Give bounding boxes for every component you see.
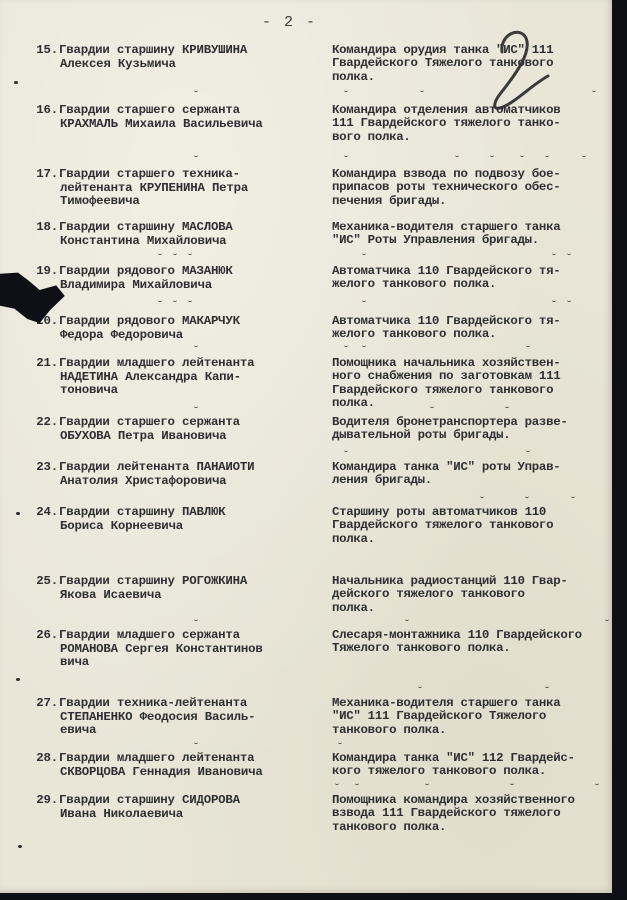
position-line: вого полка. [332,131,622,144]
recipient-position: Слесаря-монтажника 110 ГвардейскогоТяжел… [332,629,622,656]
name-line: СКВОРЦОВА Геннадия Ивановича [60,765,263,779]
entry-number: 26. [33,629,58,643]
recipient-position: Командира взвода по подвозу бое-припасов… [332,168,622,208]
recipient-position: Командира танка "ИС" 112 Гвардейс-кого т… [332,752,622,779]
recipient-name: 28.Гвардии младшего лейтенантаСКВОРЦОВА … [33,752,313,779]
name-line: Алексея Кузьмича [60,57,176,71]
name-line: евича [60,723,96,737]
name-line: Гвардии техника-лейтенанта [59,696,247,710]
position-line: полка. [332,533,622,546]
entry-number: 25. [33,575,58,589]
name-line: Гвардии младшего сержанта [59,628,240,642]
recipient-name: 19.Гвардии рядового МАЗАНЮКВладимира Мих… [33,265,313,292]
position-line: Слесаря-монтажника 110 Гвардейского [332,629,622,642]
name-line: Бориса Корнеевича [60,519,183,533]
entry-number: 18. [33,221,58,235]
position-line: желого танкового полка. [332,278,622,291]
name-line: Ивана Николаевича [60,807,183,821]
position-line: Автоматчика 110 Гвардейского тя- [332,315,622,328]
name-line: РОМАНОВА Сергея Константинов [60,642,263,656]
position-line: танкового полка. [332,821,622,834]
position-line: полка. [332,602,622,615]
position-line: танкового полка. [332,724,622,737]
name-line: Гвардии старшего техника- [59,167,240,181]
position-line: Начальника радиостанций 110 Гвар- [332,575,622,588]
name-line: Гвардии старшину МАСЛОВА [59,220,233,234]
name-line: Гвардии старшину ПАВЛЮК [59,505,225,519]
recipient-name: 20.Гвардии рядового МАКАРЧУКФедора Федор… [33,315,313,342]
entry-number: 23. [33,461,58,475]
recipient-position: Старшину роты автоматчиков 110Гвардейско… [332,506,622,546]
name-line: Гвардии старшего сержанта [59,415,240,429]
position-line: Командира орудия танка "ИС" 111 [332,44,622,57]
name-line: Гвардии рядового МАКАРЧУК [59,314,240,328]
position-line: Старшину роты автоматчиков 110 [332,506,622,519]
recipient-position: Механика-водителя старшего танка"ИС" 111… [332,697,622,737]
position-line: ного снабжения по заготовкам 111 [332,370,622,383]
position-line: ления бригады. [332,474,622,487]
entry-number: 17. [33,168,58,182]
position-line: Механика-водителя старшего танка [332,697,622,710]
page-number: - 2 - [262,14,317,31]
name-line: Якова Исаевича [60,588,161,602]
document-page: - 2 - 15.Гвардии старшину КРИВУШИНААлекс… [0,0,612,893]
name-line: НАДЕТИНА Александра Капи- [60,370,241,384]
position-line: Тяжелого танкового полка. [332,642,622,655]
position-line: полка. [332,71,622,84]
entry-number: 16. [33,104,58,118]
position-line: дейского тяжелого танкового [332,588,622,601]
recipient-position: Водителя бронетранспортера разве-дывател… [332,416,622,443]
recipient-position: Командира отделения автоматчиков111 Гвар… [332,104,622,144]
position-line: Командира танка "ИС" 112 Гвардейс- [332,752,622,765]
recipient-position: Командира орудия танка "ИС" 111Гвардейск… [332,44,622,84]
recipient-name: 21.Гвардии младшего лейтенантаНАДЕТИНА А… [33,357,313,398]
recipient-position: Автоматчика 110 Гвардейского тя-желого т… [332,265,622,292]
position-line: Гвардейского Тяжелого танкового [332,57,622,70]
position-line: желого танкового полка. [332,328,622,341]
entry-number: 19. [33,265,58,279]
recipient-position: Автоматчика 110 Гвардейского тя-желого т… [332,315,622,342]
position-line: Гвардейского тяжелого танкового [332,384,622,397]
entry-number: 15. [33,44,58,58]
recipient-name: 27.Гвардии техника-лейтенантаСТЕПАНЕНКО … [33,697,313,738]
recipient-position: Помощника начальника хозяйствен-ного сна… [332,357,622,411]
entry-number: 28. [33,752,58,766]
position-line: "ИС" Роты Управления бригады. [332,234,622,247]
position-line: кого тяжелого танкового полка. [332,765,622,778]
name-line: Гвардии старшину РОГОЖКИНА [59,574,247,588]
recipient-position: Командира танка "ИС" роты Управ-ления бр… [332,461,622,488]
name-line: СТЕПАНЕНКО Феодосия Василь- [60,710,255,724]
position-line: взвода 111 Гвардейского тяжелого [332,807,622,820]
name-line: Гвардии старшину СИДОРОВА [59,793,240,807]
position-line: 111 Гвардейского тяжелого танко- [332,117,622,130]
recipient-name: 29.Гвардии старшину СИДОРОВАИвана Никола… [33,794,313,821]
name-line: Гвардии младшего лейтенанта [59,751,254,765]
position-line: Командира отделения автоматчиков [332,104,622,117]
recipient-name: 25.Гвардии старшину РОГОЖКИНАЯкова Исаев… [33,575,313,602]
recipient-name: 15.Гвардии старшину КРИВУШИНААлексея Куз… [33,44,313,71]
name-line: ОБУХОВА Петра Ивановича [60,429,226,443]
position-line: "ИС" 111 Гвардейского Тяжелого [332,710,622,723]
name-line: тоновича [60,383,118,397]
position-line: дывательной роты бригады. [332,429,622,442]
recipient-position: Начальника радиостанций 110 Гвар-дейског… [332,575,622,615]
recipient-name: 18.Гвардии старшину МАСЛОВАКонстантина М… [33,221,313,248]
recipient-name: 16.Гвардии старшего сержантаКРАХМАЛЬ Мих… [33,104,313,131]
recipient-position: Помощника командира хозяйственноговзвода… [332,794,622,834]
entry-number: 21. [33,357,58,371]
entry-number: 24. [33,506,58,520]
recipient-name: 22.Гвардии старшего сержантаОБУХОВА Петр… [33,416,313,443]
name-line: Гвардии рядового МАЗАНЮК [59,264,233,278]
position-line: Гвардейского тяжелого танкового [332,519,622,532]
recipient-name: 17.Гвардии старшего техника-лейтенанта К… [33,168,313,209]
recipient-position: Механика-водителя старшего танка"ИС" Рот… [332,221,622,248]
position-line: печения бригады. [332,195,622,208]
name-line: Гвардии лейтенанта ПАНАИОТИ [59,460,254,474]
position-line: Автоматчика 110 Гвардейского тя- [332,265,622,278]
name-line: Федора Федоровича [60,328,183,342]
recipient-name: 24.Гвардии старшину ПАВЛЮКБориса Корнеев… [33,506,313,533]
entry-number: 29. [33,794,58,808]
name-line: лейтенанта КРУПЕНИНА Петра [60,181,248,195]
name-line: вича [60,655,89,669]
name-line: Константина Михайловича [60,234,226,248]
entry-number: 27. [33,697,58,711]
name-line: Гвардии младшего лейтенанта [59,356,254,370]
name-line: КРАХМАЛЬ Михаила Васильевича [60,117,263,131]
position-line: Помощника командира хозяйственного [332,794,622,807]
name-line: Гвардии старшего сержанта [59,103,240,117]
position-line: полка. [332,397,622,410]
name-line: Анатолия Христафоровича [60,474,226,488]
entry-number: 22. [33,416,58,430]
recipient-name: 26.Гвардии младшего сержантаРОМАНОВА Сер… [33,629,313,670]
name-line: Владимира Михайловича [60,278,212,292]
name-line: Тимофеевича [60,194,140,208]
position-line: припасов роты технического обес- [332,181,622,194]
name-line: Гвардии старшину КРИВУШИНА [59,43,247,57]
recipient-name: 23.Гвардии лейтенанта ПАНАИОТИАнатолия Х… [33,461,313,488]
